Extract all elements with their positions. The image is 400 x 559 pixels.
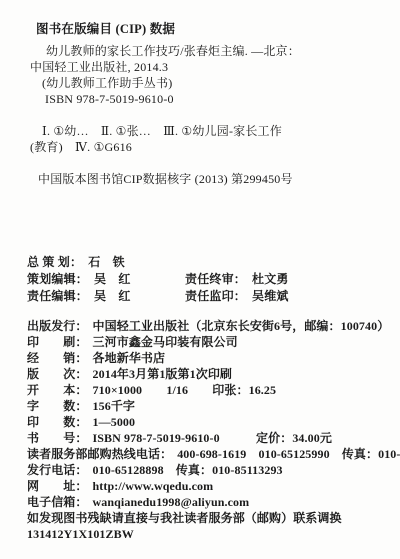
pub-value: 156千字: [93, 399, 136, 413]
pub-label: 发行电话：: [27, 463, 88, 477]
pub-value: 400-698-1619 010-65125990 传真：010-6526293…: [177, 447, 400, 461]
staff-label: 责任终审：: [185, 272, 246, 286]
pub-row-format: 开 本：710×1000 1/16 印张：16.25: [27, 382, 396, 398]
copyright-page: 图书在版编目 (CIP) 数据 幼儿教师的家长工作技巧/张春炬主编. —北京： …: [0, 0, 400, 559]
pub-row-isbn-price: 书 号：ISBN 978-7-5019-9610-0 定价：34.00元: [27, 430, 396, 446]
print-code: 131412Y1X101ZBW: [27, 526, 396, 542]
pub-value: ISBN 978-7-5019-9610-0 定价：34.00元: [93, 431, 332, 445]
pub-label: 版 次：: [27, 367, 88, 381]
pub-label: 字 数：: [27, 399, 88, 413]
pub-value: http://www.wqedu.com: [93, 479, 214, 493]
cip-isbn-line: ISBN 978-7-5019-9610-0: [30, 91, 392, 107]
cip-class-line-1: Ⅰ. ①幼… Ⅱ. ①张… Ⅲ. ①幼儿园-家长工作: [30, 123, 392, 139]
pub-row-sales-phone: 发行电话：010-65128898 传真：010-85113293: [27, 462, 396, 478]
staff-value: 吴 红: [94, 272, 131, 286]
cip-publisher-line: 中国轻工业出版社, 2014.3: [30, 59, 392, 75]
pub-row-website: 网 址：http://www.wqedu.com: [27, 478, 396, 494]
pub-label: 电子信箱：: [27, 495, 88, 509]
pub-row-distributor: 经 销：各地新华书店: [27, 350, 396, 366]
staff-value: 吴维斌: [252, 289, 289, 303]
pub-label: 印 刷：: [27, 335, 88, 349]
pub-label: 开 本：: [27, 383, 88, 397]
pub-value: 2014年3月第1版第1次印刷: [93, 367, 233, 381]
pub-value: 三河市鑫金马印装有限公司: [93, 335, 238, 349]
pub-row-hotline: 读者服务部邮购热线电话：400-698-1619 010-65125990 传真…: [27, 446, 396, 462]
staff-row: 责任编辑：吴 红责任监印：吴维斌: [27, 288, 392, 305]
staff-row: 策划编辑：吴 红责任终审：杜文勇: [27, 271, 392, 288]
staff-row: 总 策 划：石 铁: [27, 254, 392, 271]
staff-label: 责任监印：: [185, 289, 246, 303]
staff-label: 责任编辑：: [27, 289, 88, 303]
pub-row-printer: 印 刷：三河市鑫金马印装有限公司: [27, 334, 396, 350]
cip-title-line: 幼儿教师的家长工作技巧/张春炬主编. —北京：: [30, 43, 392, 59]
staff-value: 杜文勇: [252, 272, 289, 286]
pub-label: 印 数：: [27, 415, 88, 429]
cip-record-line: 中国版本图书馆CIP数据核字 (2013) 第299450号: [30, 171, 392, 187]
pub-label: 网 址：: [27, 479, 88, 493]
publication-block: 出版发行：中国轻工业出版社（北京东长安街6号，邮编：100740） 印 刷：三河…: [27, 318, 396, 542]
pub-value: 010-65128898 传真：010-85113293: [93, 463, 283, 477]
cip-series-line: (幼儿教师工作助手丛书): [30, 75, 392, 91]
pub-label: 书 号：: [27, 431, 88, 445]
pub-value: 710×1000 1/16 印张：16.25: [93, 383, 277, 397]
pub-row-email: 电子信箱：wanqianedu1998@aliyun.com: [27, 494, 396, 510]
staff-label: 总 策 划：: [27, 255, 82, 269]
exchange-note: 如发现图书残缺请直接与我社读者服务部（邮购）联系调换: [27, 510, 396, 526]
pub-label: 经 销：: [27, 351, 88, 365]
pub-value: wanqianedu1998@aliyun.com: [93, 495, 250, 509]
staff-value: 石 铁: [88, 255, 125, 269]
cip-heading: 图书在版编目 (CIP) 数据: [30, 21, 392, 37]
staff-label: 策划编辑：: [27, 272, 88, 286]
pub-row-edition: 版 次：2014年3月第1版第1次印刷: [27, 366, 396, 382]
pub-value: 中国轻工业出版社（北京东长安街6号，邮编：100740）: [93, 319, 390, 333]
pub-row-publisher: 出版发行：中国轻工业出版社（北京东长安街6号，邮编：100740）: [27, 318, 396, 334]
staff-value: 吴 红: [94, 289, 131, 303]
pub-row-wordcount: 字 数：156千字: [27, 398, 396, 414]
cip-block: 图书在版编目 (CIP) 数据 幼儿教师的家长工作技巧/张春炬主编. —北京： …: [30, 21, 392, 187]
pub-label: 读者服务部邮购热线电话：: [27, 447, 172, 461]
cip-class-line-2: (教育) Ⅳ. ①G616: [30, 139, 392, 155]
pub-value: 各地新华书店: [93, 351, 166, 365]
pub-label: 出版发行：: [27, 319, 88, 333]
pub-value: 1—5000: [93, 415, 136, 429]
staff-credits-block: 总 策 划：石 铁 策划编辑：吴 红责任终审：杜文勇 责任编辑：吴 红责任监印：…: [27, 254, 392, 305]
pub-row-printrun: 印 数：1—5000: [27, 414, 396, 430]
